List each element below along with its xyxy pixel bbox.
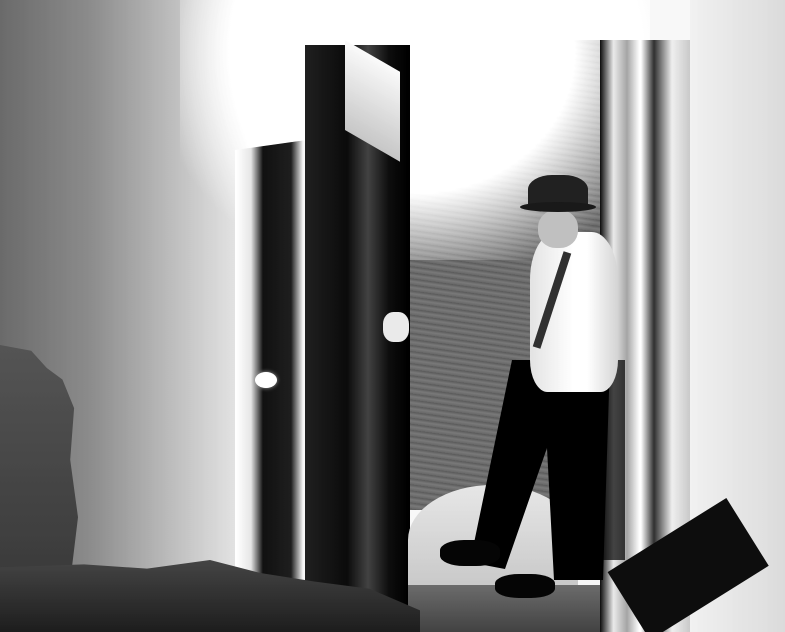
door-handle — [383, 312, 409, 342]
left-shoe — [440, 540, 500, 566]
door-knob — [255, 372, 277, 388]
photograph — [0, 0, 785, 632]
hat-brim — [520, 202, 596, 212]
person-head — [538, 210, 578, 248]
right-shoe — [495, 574, 555, 598]
